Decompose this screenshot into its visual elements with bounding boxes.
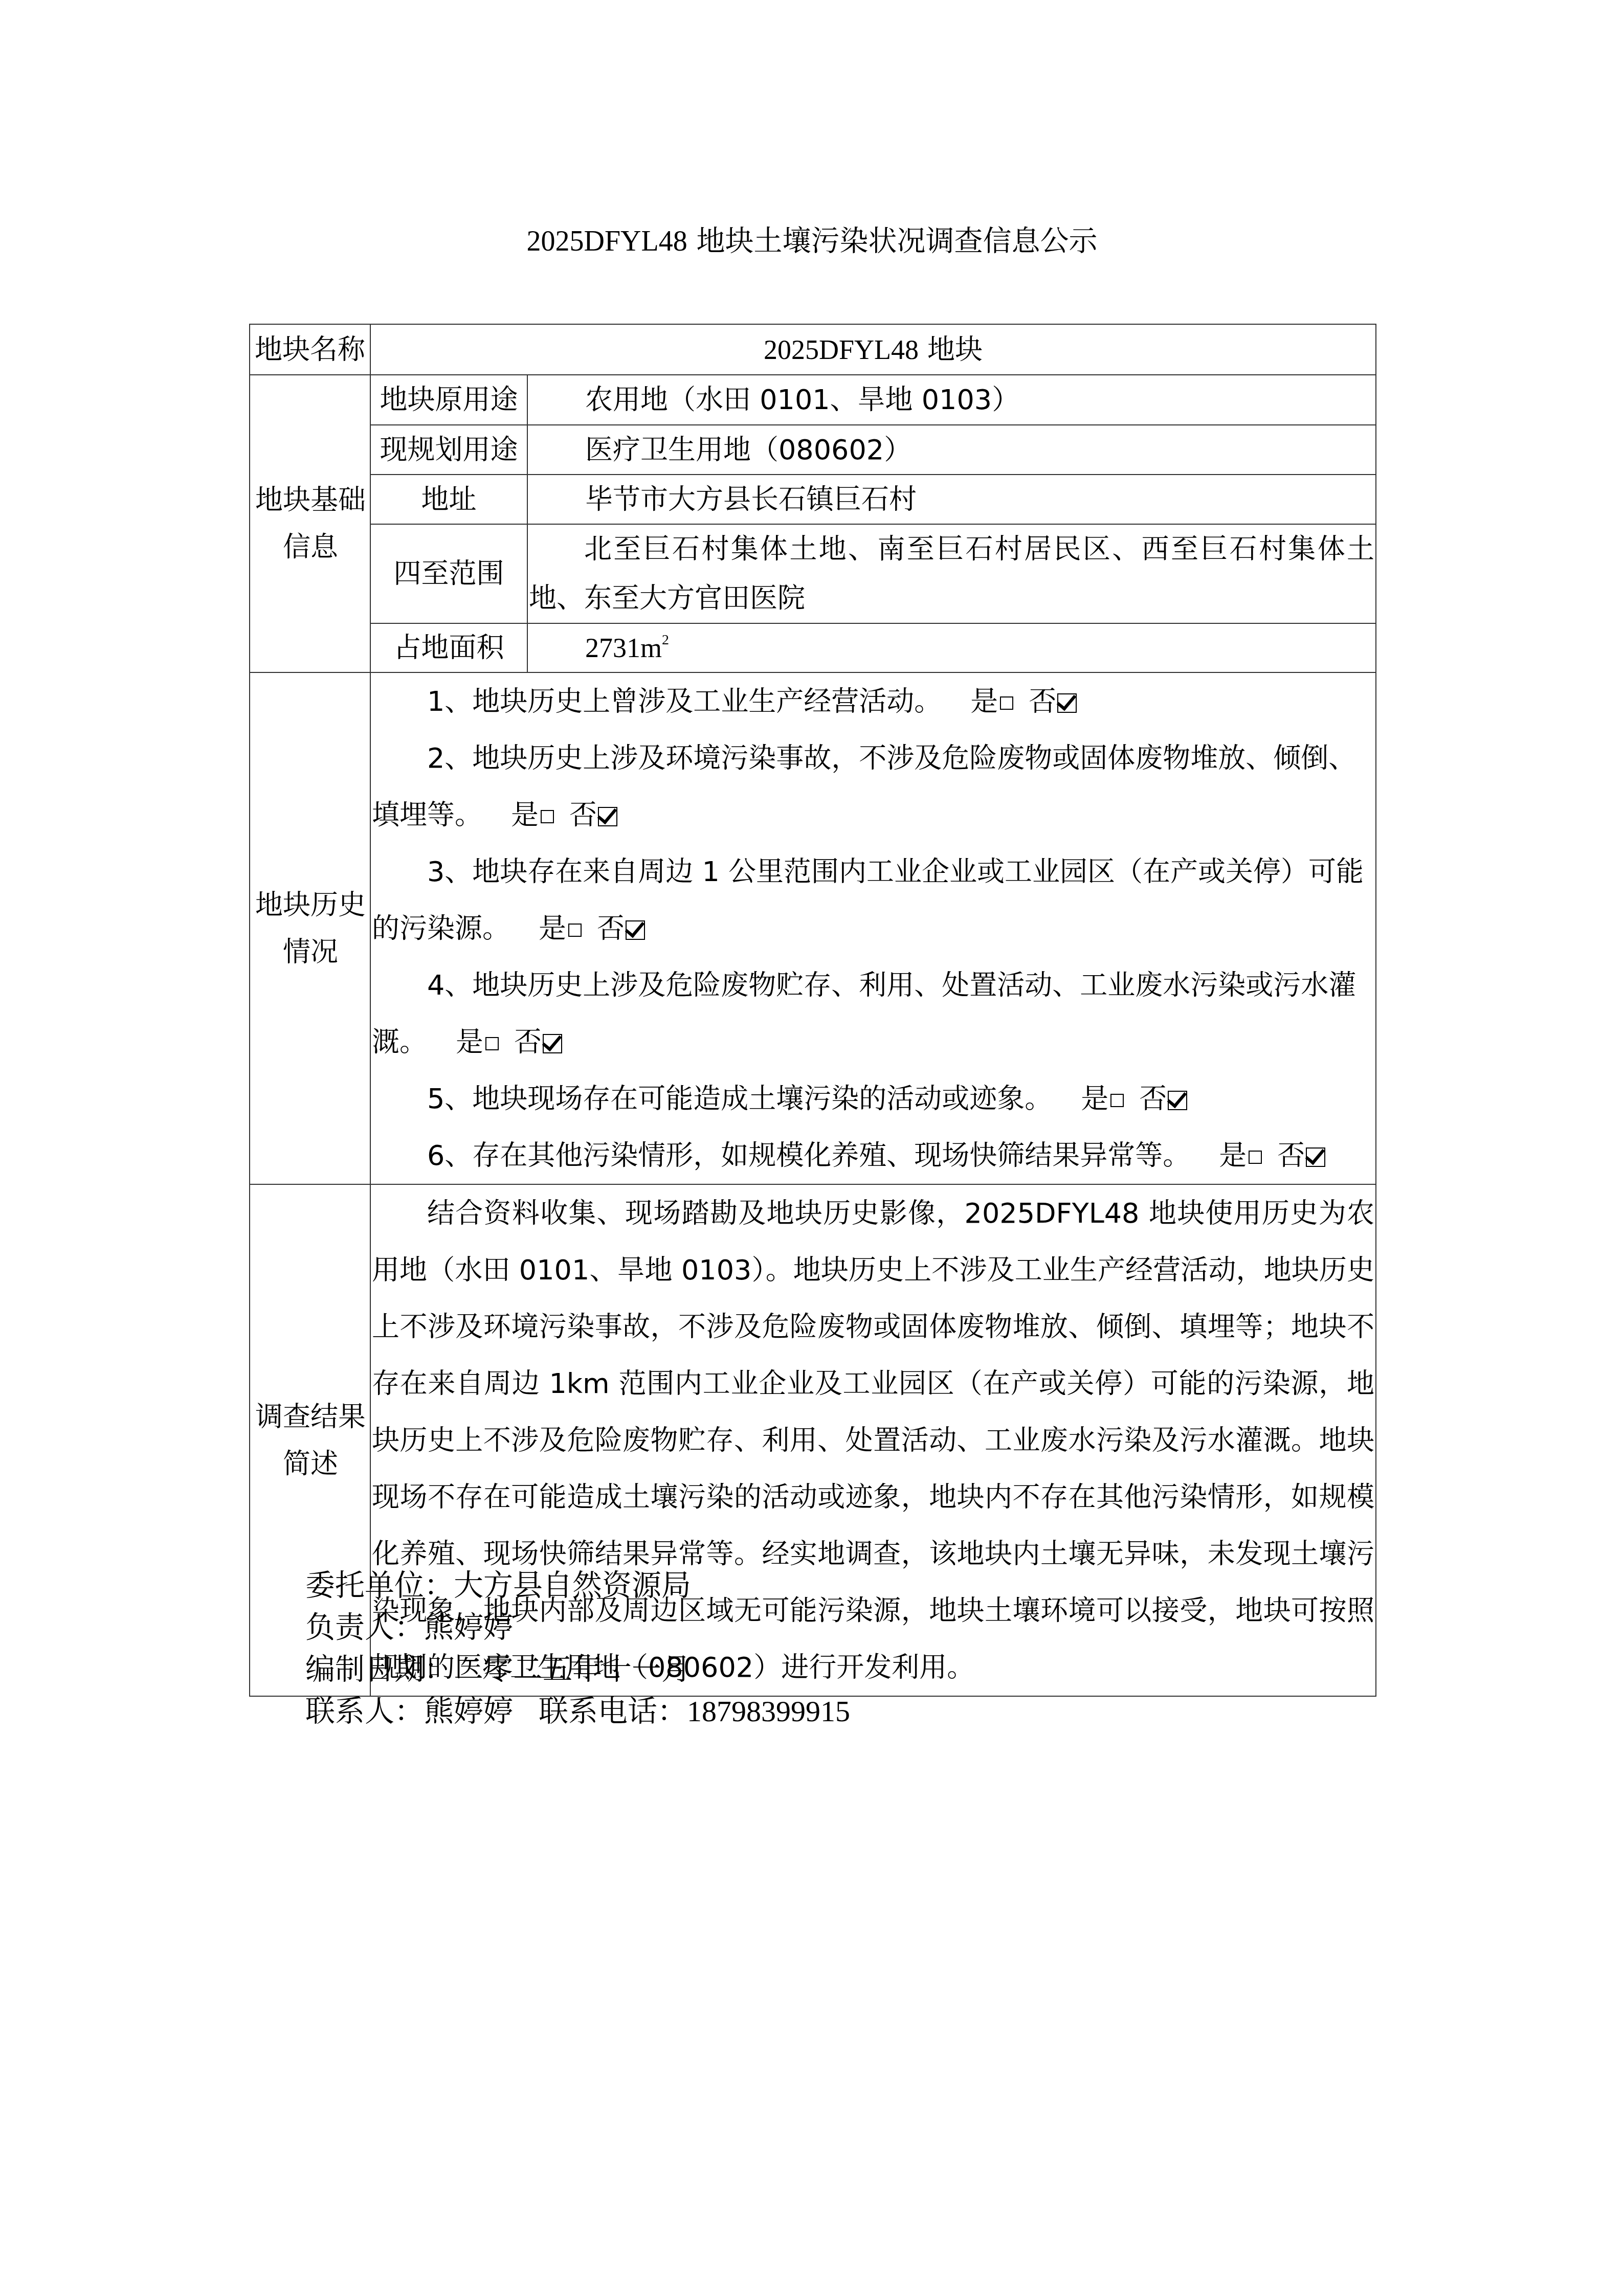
yes-label: 是	[539, 912, 566, 944]
yes-checkbox-unchecked-icon[interactable]	[485, 1037, 499, 1050]
history-item-3: 3、地块存在来自周边 1 公里范围内工业企业或工业园区（在产或关停）可能的污染源…	[371, 843, 1375, 957]
no-label: 否	[1029, 685, 1056, 717]
area-number: 2731m	[585, 633, 662, 663]
basic-row-boundaries: 四至范围 北至巨石村集体土地、南至巨石村居民区、西至巨石村集体土地、东至大方官田…	[250, 524, 1376, 623]
yes-label: 是	[456, 1026, 483, 1058]
planned-use-value: 医疗卫生用地（080602）	[527, 425, 1376, 475]
yes-label: 是	[1081, 1083, 1108, 1115]
yes-checkbox-unchecked-icon[interactable]	[1000, 696, 1013, 710]
no-label: 否	[569, 799, 597, 831]
contact-person: 联系人：熊婷婷	[305, 1695, 513, 1728]
address-label: 地址	[370, 475, 527, 524]
title-code: 2025DFYL48	[526, 226, 687, 257]
yes-label: 是	[1219, 1139, 1247, 1172]
history-item-text: 1、地块历史上曾涉及工业生产经营活动。	[427, 685, 942, 717]
basic-row-address: 地址 毕节市大方县长石镇巨石村	[250, 475, 1376, 524]
history-row: 地块历史 情况 1、地块历史上曾涉及工业生产经营活动。是否 2、地块历史上涉及环…	[250, 672, 1376, 1184]
no-label: 否	[1277, 1139, 1305, 1172]
history-item-1: 1、地块历史上曾涉及工业生产经营活动。是否	[371, 673, 1375, 730]
plot-name-code: 2025DFYL48	[764, 334, 919, 365]
plot-name-row: 地块名称 2025DFYL48 地块	[250, 324, 1376, 375]
date-line: 编制日期：二零二五年十一月	[305, 1649, 850, 1691]
summary-label-line2: 简述	[283, 1448, 338, 1480]
address-value: 毕节市大方县长石镇巨石村	[527, 475, 1376, 524]
no-checkbox-checked-icon[interactable]	[543, 1034, 562, 1053]
plot-name-label: 地块名称	[250, 324, 370, 375]
history-label: 地块历史 情况	[250, 672, 370, 1184]
no-label: 否	[597, 912, 625, 944]
basic-info-label: 地块基础 信息	[250, 375, 370, 672]
yes-checkbox-unchecked-icon[interactable]	[1110, 1094, 1124, 1107]
area-unit-exponent: 2	[662, 632, 669, 648]
boundaries-label: 四至范围	[370, 524, 527, 623]
boundaries-text: 北至巨石村集体土地、南至巨石村居民区、西至巨石村集体土地、东至大方官田医院	[528, 525, 1375, 623]
basic-row-planned-use: 现规划用途 医疗卫生用地（080602）	[250, 425, 1376, 475]
area-value: 2731m2	[527, 623, 1376, 672]
history-item-text: 5、地块现场存在可能造成土壤污染的活动或迹象。	[427, 1083, 1052, 1115]
history-item-text: 3、地块存在来自周边 1 公里范围内工业企业或工业园区（在产或关停）可能的污染源…	[372, 856, 1364, 944]
history-item-text: 6、存在其他污染情形，如规模化养殖、现场快筛结果异常等。	[427, 1139, 1190, 1172]
responsible-line: 负责人：熊婷婷	[305, 1607, 850, 1649]
no-checkbox-checked-icon[interactable]	[1306, 1147, 1325, 1167]
history-label-line2: 情况	[283, 936, 338, 968]
original-use-label: 地块原用途	[370, 375, 527, 425]
no-label: 否	[1139, 1083, 1167, 1115]
yes-checkbox-unchecked-icon[interactable]	[568, 924, 582, 937]
client-line: 委托单位：大方县自然资源局	[305, 1565, 850, 1607]
plot-name-text: 地块	[927, 333, 983, 366]
basic-info-label-line1: 地块基础	[255, 484, 366, 516]
basic-row-area: 占地面积 2731m2	[250, 623, 1376, 672]
no-checkbox-checked-icon[interactable]	[626, 920, 645, 940]
no-label: 否	[514, 1026, 542, 1058]
footer-info: 委托单位：大方县自然资源局 负责人：熊婷婷 编制日期：二零二五年十一月 联系人：…	[305, 1565, 850, 1732]
no-checkbox-checked-icon[interactable]	[1057, 693, 1077, 713]
planned-use-label: 现规划用途	[370, 425, 527, 475]
yes-checkbox-unchecked-icon[interactable]	[1249, 1151, 1262, 1164]
boundaries-value: 北至巨石村集体土地、南至巨石村居民区、西至巨石村集体土地、东至大方官田医院	[527, 524, 1376, 623]
contact-line: 联系人：熊婷婷联系电话：18798399915	[305, 1691, 850, 1732]
history-items: 1、地块历史上曾涉及工业生产经营活动。是否 2、地块历史上涉及环境污染事故，不涉…	[370, 672, 1376, 1184]
yes-checkbox-unchecked-icon[interactable]	[541, 810, 554, 823]
history-item-5: 5、地块现场存在可能造成土壤污染的活动或迹象。是否	[371, 1070, 1375, 1127]
area-label: 占地面积	[370, 623, 527, 672]
title-text: 地块土壤污染状况调查信息公示	[697, 224, 1098, 258]
no-checkbox-checked-icon[interactable]	[1168, 1091, 1187, 1110]
yes-label: 是	[970, 685, 998, 717]
plot-name-value: 2025DFYL48 地块	[370, 324, 1376, 375]
no-checkbox-checked-icon[interactable]	[598, 807, 617, 826]
contact-phone: 联系电话：18798399915	[539, 1695, 850, 1728]
original-use-value: 农用地（水田 0101、旱地 0103）	[527, 375, 1376, 425]
history-label-line1: 地块历史	[255, 889, 366, 921]
basic-info-label-line2: 信息	[283, 531, 338, 563]
info-table: 地块名称 2025DFYL48 地块 地块基础 信息 地块原用途 农用地（水田 …	[249, 324, 1376, 1697]
history-item-6: 6、存在其他污染情形，如规模化养殖、现场快筛结果异常等。是否	[371, 1127, 1375, 1184]
history-item-2: 2、地块历史上涉及环境污染事故，不涉及危险废物或固体废物堆放、倾倒、填埋等。是否	[371, 730, 1375, 843]
basic-row-original-use: 地块基础 信息 地块原用途 农用地（水田 0101、旱地 0103）	[250, 375, 1376, 425]
summary-label-line1: 调查结果	[255, 1401, 366, 1433]
yes-label: 是	[511, 799, 539, 831]
history-item-4: 4、地块历史上涉及危险废物贮存、利用、处置活动、工业废水污染或污水灌溉。是否	[371, 957, 1375, 1070]
document-title: 2025DFYL48 地块土壤污染状况调查信息公示	[0, 221, 1624, 262]
